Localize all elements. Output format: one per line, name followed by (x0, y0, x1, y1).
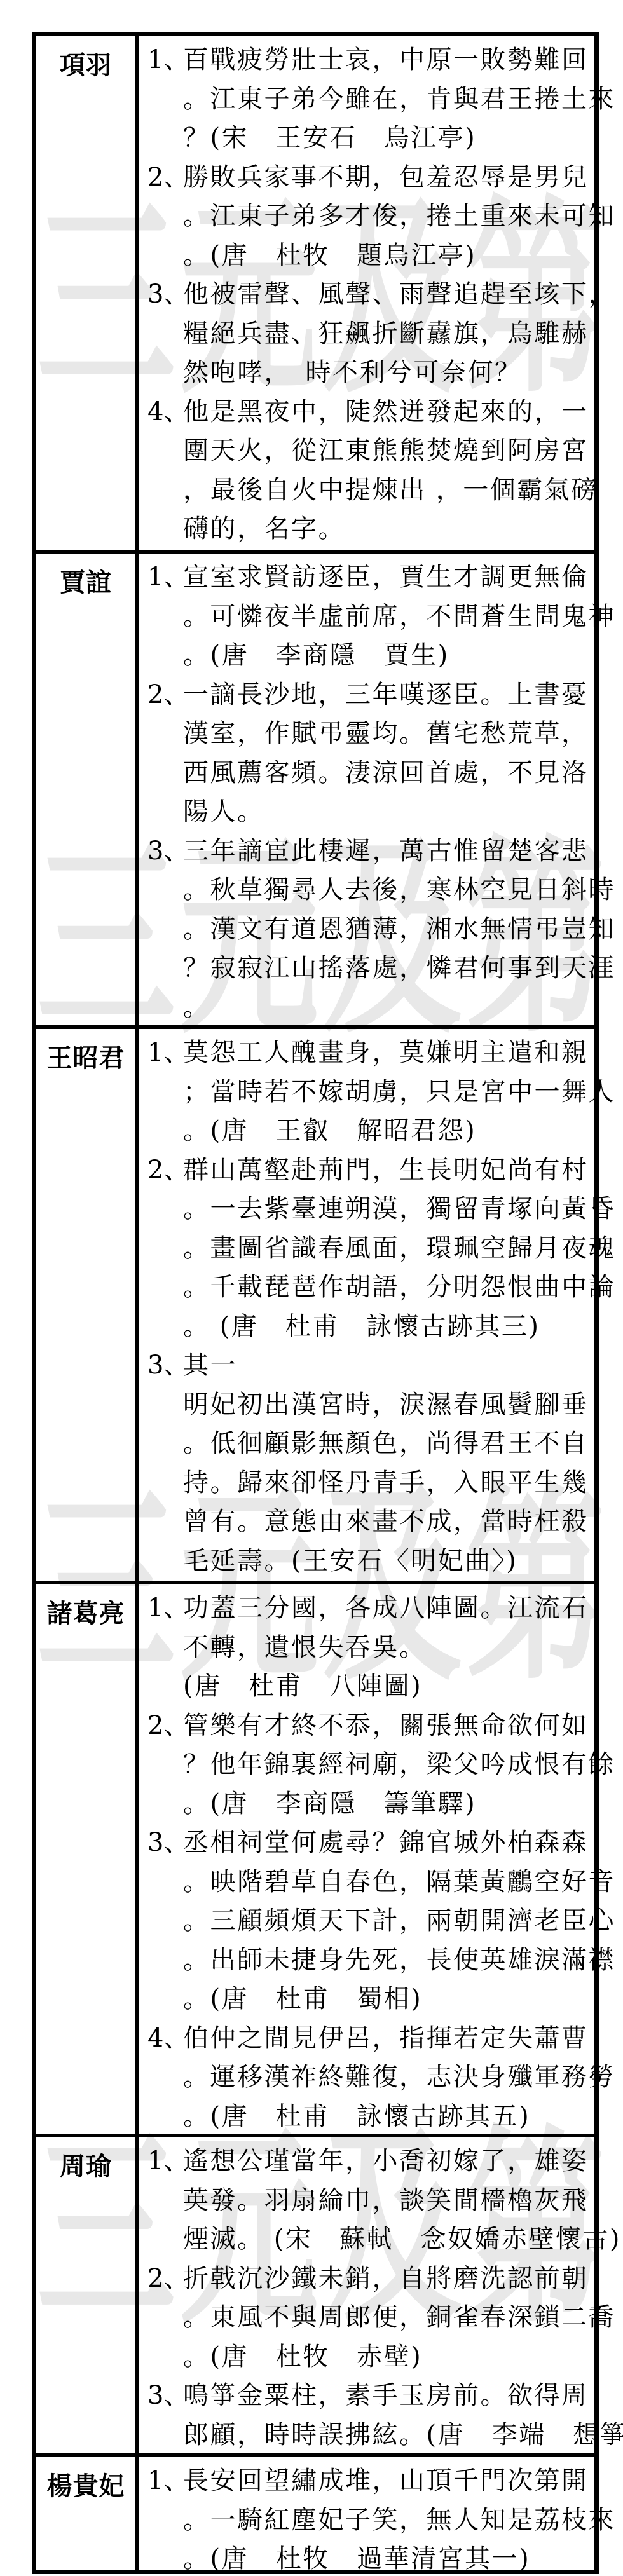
poems-cell: 1、宣室求賢訪逐臣，賈生才調更無倫。可憐夜半虛前席，不問蒼生問鬼神。(唐 李商隱… (135, 554, 618, 1025)
poem-line: 。江東子弟多才俊，捲土重來未可知 (183, 197, 615, 236)
item-number: 2、 (147, 1151, 189, 1190)
poem-line: 。三顧頻煩天下計，兩朝開濟老臣心 (183, 1902, 615, 1941)
poem-line: 勝敗兵家事不期，包羞忍辱是男兒 (183, 158, 615, 198)
poem-line: ？(宋 王安石 烏江亭) (183, 119, 615, 158)
item-number: 2、 (147, 2259, 189, 2299)
item-number: 4、 (147, 393, 189, 432)
poem-line: 煙滅。 (宋 蘇軾 念奴嬌赤壁懷古) (183, 2220, 623, 2259)
item-number: 3、 (147, 832, 189, 871)
poem-item: 2、群山萬壑赴荊門，生長明妃尚有村。一去紫臺連朔漠，獨留青塚向黃昏。畫圖省識春風… (147, 1151, 615, 1347)
poem-line: 毛延壽。(王安石〈明妃曲〉) (183, 1542, 615, 1581)
item-number: 3、 (147, 1823, 189, 1863)
poem-table: 項羽1、百戰疲勞壯士哀，中原一敗勢難回。江東子弟今雖在，肯與君王捲土來？(宋 王… (32, 32, 599, 2574)
poem-line: 。運移漢祚終難復，志決身殲軍務勞 (183, 2058, 615, 2097)
poems-cell: 1、莫怨工人醜畫身，莫嫌明主遣和親；當時若不嫁胡虜，只是宮中一舞人。(唐 王叡 … (135, 1029, 618, 1581)
poem-line: 他被雷聲、風聲、雨聲追趕至垓下， (183, 275, 615, 315)
poem-line: 功蓋三分國，各成八陣圖。江流石 (183, 1589, 615, 1628)
poem-line: ；當時若不嫁胡虜，只是宮中一舞人 (183, 1073, 615, 1112)
poem-item: 1、長安回望繡成堆，山頂千門次第開。一騎紅塵妃子笑，無人知是荔枝來。(唐 杜牧 … (147, 2462, 615, 2576)
item-number: 3、 (147, 275, 189, 315)
table-row: 王昭君1、莫怨工人醜畫身，莫嫌明主遣和親；當時若不嫁胡虜，只是宮中一舞人。(唐 … (36, 1029, 594, 1584)
poem-line: 群山萬壑赴荊門，生長明妃尚有村 (183, 1151, 615, 1190)
figure-name: 諸葛亮 (36, 1584, 135, 2134)
poem-item: 1、遙想公瑾當年，小喬初嫁了，雄姿英發。羽扇綸巾，談笑間檣櫓灰飛煙滅。 (宋 蘇… (147, 2142, 623, 2259)
poem-line: 然咆哮， 時不利兮可奈何？ (183, 353, 615, 393)
poem-line: 。(唐 李商隱 賈生) (183, 636, 615, 676)
document-page: 三元及第三元及第三元及第三元及第 項羽1、百戰疲勞壯士哀，中原一敗勢難回。江東子… (0, 0, 623, 2576)
poem-line: 。 (183, 988, 615, 1028)
poem-line: (唐 杜甫 八陣圖) (183, 1667, 615, 1707)
poem-line: 郎顧，時時誤拂絃。(唐 李端 想箏) (183, 2416, 623, 2455)
poem-item: 3、他被雷聲、風聲、雨聲追趕至垓下，糧絕兵盡、狂飆折斷纛旗，烏騅赫然咆哮， 時不… (147, 275, 615, 393)
figure-name: 楊貴妃 (36, 2457, 135, 2570)
poems-cell: 1、遙想公瑾當年，小喬初嫁了，雄姿英發。羽扇綸巾，談笑間檣櫓灰飛煙滅。 (宋 蘇… (135, 2137, 623, 2453)
poem-line: 礴的，名字。 (183, 510, 615, 549)
poems-cell: 1、長安回望繡成堆，山頂千門次第開。一騎紅塵妃子笑，無人知是荔枝來。(唐 杜牧 … (135, 2457, 618, 2570)
item-number: 1、 (147, 558, 189, 597)
poem-item: 3、丞相祠堂何處尋？錦官城外柏森森。映階碧草自春色，隔葉黃鸝空好音。三顧頻煩天下… (147, 1823, 615, 2019)
item-number: 3、 (147, 1346, 189, 1386)
poem-item: 4、伯仲之間見伊呂，指揮若定失蕭曹。運移漢祚終難復，志決身殲軍務勞。(唐 杜甫 … (147, 2019, 615, 2137)
poem-line: 。(唐 杜牧 赤壁) (183, 2338, 623, 2377)
poem-line: 。畫圖省識春風面，環珮空歸月夜魂 (183, 1229, 615, 1269)
figure-name: 項羽 (36, 36, 135, 550)
poem-line: 西風薦客頻。淒涼回首處，不見洛 (183, 754, 615, 793)
poem-line: 。出師未捷身先死，長使英雄淚滿襟 (183, 1941, 615, 1980)
poem-item: 3、鳴箏金粟柱，素手玉房前。欲得周郎顧，時時誤拂絃。(唐 李端 想箏) (147, 2376, 623, 2455)
poem-line: 明妃初出漢宮時，淚濕春風鬢腳垂 (183, 1386, 615, 1425)
poem-item: 2、折戟沉沙鐵未銷，自將磨洗認前朝。東風不與周郎便，銅雀春深鎖二喬。(唐 杜牧 … (147, 2259, 623, 2377)
figure-name: 周瑜 (36, 2137, 135, 2453)
poem-line: 。秋草獨尋人去後，寒林空見日斜時 (183, 871, 615, 910)
poem-item: 1、宣室求賢訪逐臣，賈生才調更無倫。可憐夜半虛前席，不問蒼生問鬼神。(唐 李商隱… (147, 558, 615, 676)
poem-line: 。漢文有道恩猶薄，湘水無情弔豈知 (183, 910, 615, 950)
poem-line: 持。歸來卻怪丹青手，入眼平生幾 (183, 1464, 615, 1503)
item-number: 3、 (147, 2376, 189, 2416)
poem-line: 陽人。 (183, 793, 615, 832)
poem-line: 。一騎紅塵妃子笑，無人知是荔枝來 (183, 2501, 615, 2540)
poem-line: 糧絕兵盡、狂飆折斷纛旗，烏騅赫 (183, 315, 615, 354)
poem-line: 。江東子弟今雖在，肯與君王捲土來 (183, 80, 615, 119)
poem-line: 一謫長沙地，三年嘆逐臣。上書憂 (183, 676, 615, 715)
item-number: 1、 (147, 1033, 189, 1073)
poem-line: 。 (唐 杜甫 詠懷古跡其三) (183, 1307, 615, 1347)
item-number: 2、 (147, 1707, 189, 1746)
poem-line: 。映階碧草自春色，隔葉黃鸝空好音 (183, 1863, 615, 1902)
table-row: 周瑜1、遙想公瑾當年，小喬初嫁了，雄姿英發。羽扇綸巾，談笑間檣櫓灰飛煙滅。 (宋… (36, 2137, 594, 2457)
poems-cell: 1、百戰疲勞壯士哀，中原一敗勢難回。江東子弟今雖在，肯與君王捲土來？(宋 王安石… (135, 36, 618, 550)
poem-item: 1、百戰疲勞壯士哀，中原一敗勢難回。江東子弟今雖在，肯與君王捲土來？(宋 王安石… (147, 41, 615, 158)
poem-line: 遙想公瑾當年，小喬初嫁了，雄姿 (183, 2142, 623, 2181)
item-number: 2、 (147, 676, 189, 715)
poem-line: 伯仲之間見伊呂，指揮若定失蕭曹 (183, 2019, 615, 2059)
figure-name: 王昭君 (36, 1029, 135, 1581)
poem-line: 。(唐 杜牧 題烏江亭) (183, 236, 615, 276)
poem-line: 三年謫宦此棲遲，萬古惟留楚客悲 (183, 832, 615, 871)
poem-line: 丞相祠堂何處尋？錦官城外柏森森 (183, 1823, 615, 1863)
poem-line: ？他年錦裏經祠廟，梁父吟成恨有餘 (183, 1745, 615, 1785)
item-number: 2、 (147, 158, 189, 198)
poem-line: 團天火，從江東熊熊焚燒到阿房宮 (183, 432, 615, 471)
poem-line: 管樂有才終不忝，關張無命欲何如 (183, 1707, 615, 1746)
item-number: 1、 (147, 2462, 189, 2501)
poem-line: 。(唐 王叡 解昭君怨) (183, 1112, 615, 1151)
poem-line: 他是黑夜中，陡然迸發起來的，一 (183, 393, 615, 432)
table-row: 賈誼1、宣室求賢訪逐臣，賈生才調更無倫。可憐夜半虛前席，不問蒼生問鬼神。(唐 李… (36, 554, 594, 1029)
poem-line: 。東風不與周郎便，銅雀春深鎖二喬 (183, 2298, 623, 2338)
poem-line: 。一去紫臺連朔漠，獨留青塚向黃昏 (183, 1190, 615, 1229)
poem-item: 2、管樂有才終不忝，關張無命欲何如？他年錦裏經祠廟，梁父吟成恨有餘。(唐 李商隱… (147, 1707, 615, 1824)
poem-line: 宣室求賢訪逐臣，賈生才調更無倫 (183, 558, 615, 597)
poem-line: 長安回望繡成堆，山頂千門次第開 (183, 2462, 615, 2501)
poem-line: 其一 (183, 1346, 615, 1386)
poem-item: 3、三年謫宦此棲遲，萬古惟留楚客悲。秋草獨尋人去後，寒林空見日斜時。漢文有道恩猶… (147, 832, 615, 1028)
poem-line: 百戰疲勞壯士哀，中原一敗勢難回 (183, 41, 615, 80)
poem-line: 。(唐 杜甫 蜀相) (183, 1980, 615, 2019)
figure-name: 賈誼 (36, 554, 135, 1025)
table-row: 楊貴妃1、長安回望繡成堆，山頂千門次第開。一騎紅塵妃子笑，無人知是荔枝來。(唐 … (36, 2457, 594, 2570)
poem-item: 3、其一明妃初出漢宮時，淚濕春風鬢腳垂。低徊顧影無顏色，尚得君王不自持。歸來卻怪… (147, 1346, 615, 1581)
item-number: 1、 (147, 2142, 189, 2181)
poem-line: 鳴箏金粟柱，素手玉房前。欲得周 (183, 2376, 623, 2416)
poems-cell: 1、功蓋三分國，各成八陣圖。江流石不轉，遺恨失吞吳。(唐 杜甫 八陣圖)2、管樂… (135, 1584, 618, 2134)
poem-line: 。千載琵琶作胡語，分明怨恨曲中論 (183, 1268, 615, 1307)
poem-line: 曾有。意態由來畫不成，當時枉殺 (183, 1503, 615, 1542)
poem-line: 。(唐 杜甫 詠懷古跡其五) (183, 2097, 615, 2137)
poem-line: ？寂寂江山搖落處，憐君何事到天涯 (183, 949, 615, 988)
poem-item: 1、功蓋三分國，各成八陣圖。江流石不轉，遺恨失吞吳。(唐 杜甫 八陣圖) (147, 1589, 615, 1707)
poem-line: 。低徊顧影無顏色，尚得君王不自 (183, 1424, 615, 1464)
poem-line: ，最後自火中提煉出 ，一個霸氣磅 (183, 471, 615, 510)
poem-line: 。可憐夜半虛前席，不問蒼生問鬼神 (183, 597, 615, 637)
table-row: 諸葛亮1、功蓋三分國，各成八陣圖。江流石不轉，遺恨失吞吳。(唐 杜甫 八陣圖)2… (36, 1584, 594, 2137)
item-number: 1、 (147, 1589, 189, 1628)
poem-item: 2、一謫長沙地，三年嘆逐臣。上書憂漢室，作賦弔靈均。舊宅愁荒草，西風薦客頻。淒涼… (147, 676, 615, 832)
poem-line: 。(唐 杜牧 過華清宮其一) (183, 2540, 615, 2576)
poem-line: 莫怨工人醜畫身，莫嫌明主遣和親 (183, 1033, 615, 1073)
poem-line: 漢室，作賦弔靈均。舊宅愁荒草， (183, 714, 615, 754)
poem-item: 4、他是黑夜中，陡然迸發起來的，一團天火，從江東熊熊焚燒到阿房宮，最後自火中提煉… (147, 393, 615, 549)
poem-line: 英發。羽扇綸巾，談笑間檣櫓灰飛 (183, 2181, 623, 2221)
poem-item: 2、勝敗兵家事不期，包羞忍辱是男兒。江東子弟多才俊，捲土重來未可知。(唐 杜牧 … (147, 158, 615, 276)
poem-line: 。(唐 李商隱 籌筆驛) (183, 1785, 615, 1824)
poem-line: 折戟沉沙鐵未銷，自將磨洗認前朝 (183, 2259, 623, 2299)
poem-line: 不轉，遺恨失吞吳。 (183, 1628, 615, 1668)
table-row: 項羽1、百戰疲勞壯士哀，中原一敗勢難回。江東子弟今雖在，肯與君王捲土來？(宋 王… (36, 36, 594, 554)
poem-item: 1、莫怨工人醜畫身，莫嫌明主遣和親；當時若不嫁胡虜，只是宮中一舞人。(唐 王叡 … (147, 1033, 615, 1151)
item-number: 1、 (147, 41, 189, 80)
item-number: 4、 (147, 2019, 189, 2059)
